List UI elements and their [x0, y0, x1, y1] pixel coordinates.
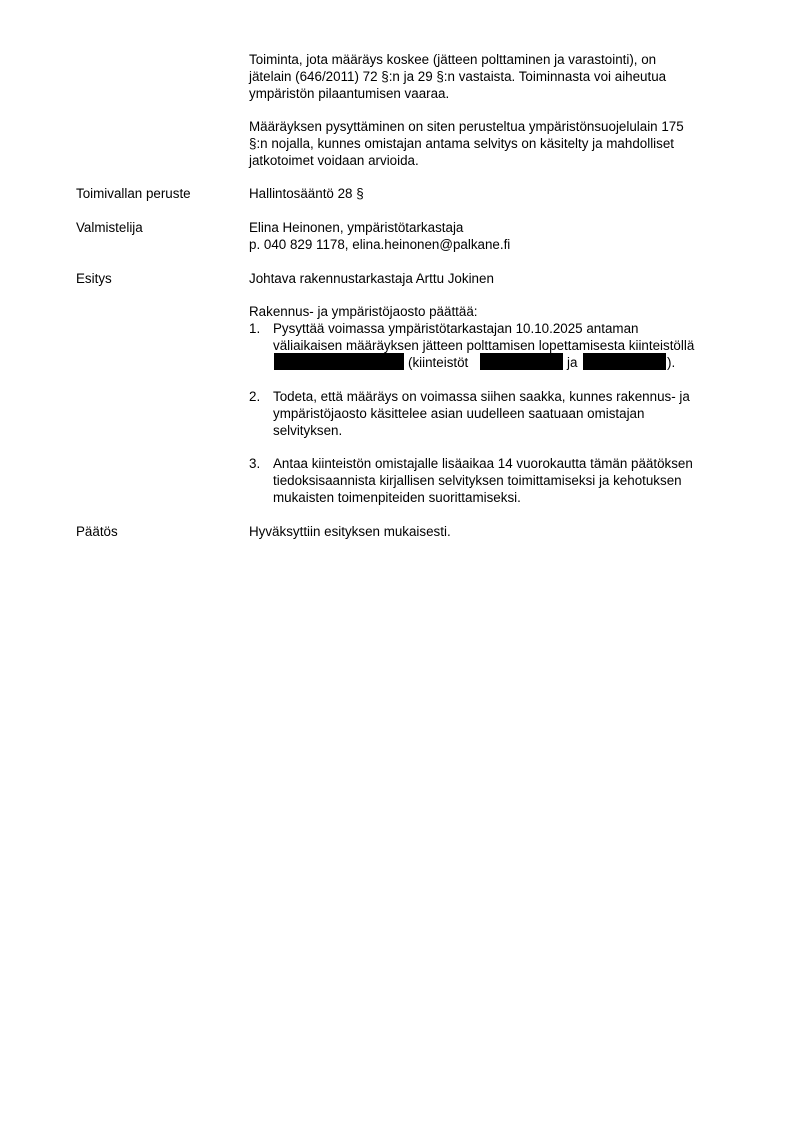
list-number: 1.	[249, 320, 260, 337]
field-label-valmistelija: Valmistelija	[76, 219, 143, 236]
intro-text: ympäristön pilaantumisen vaaraa.	[249, 85, 449, 102]
list-item-text: ympäristöjaosto käsittelee asian uudelle…	[273, 405, 644, 422]
field-value-valmistelija-contact: p. 040 829 1178, elina.heinonen@palkane.…	[249, 236, 510, 253]
field-value-paatos: Hyväksyttiin esityksen mukaisesti.	[249, 523, 451, 540]
intro-text: §:n nojalla, kunnes omistajan antama sel…	[249, 135, 674, 152]
list-item-text: selvityksen.	[273, 422, 342, 439]
field-value-valmistelija: Elina Heinonen, ympäristötarkastaja	[249, 219, 463, 236]
list-item-text: ja	[567, 354, 577, 371]
esitys-lead: Rakennus- ja ympäristöjaosto päättää:	[249, 303, 478, 320]
intro-text: jatkotoimet voidaan arvioida.	[249, 152, 419, 169]
list-item-text: Antaa kiinteistön omistajalle lisäaikaa …	[273, 455, 693, 472]
list-item-text: tiedoksisaannista kirjallisen selvitykse…	[273, 472, 682, 489]
intro-text: jätelain (646/2011) 72 §:n ja 29 §:n vas…	[249, 68, 666, 85]
field-label-toimivalta: Toimivallan peruste	[76, 185, 191, 202]
redaction-box	[480, 353, 563, 370]
list-number: 2.	[249, 388, 260, 405]
list-item-text: väliaikaisen määräyksen jätteen polttami…	[273, 337, 694, 354]
redaction-box	[274, 353, 404, 370]
intro-text: Toiminta, jota määräys koskee (jätteen p…	[249, 51, 656, 68]
redaction-box	[583, 353, 666, 370]
field-value-esitys: Johtava rakennustarkastaja Arttu Jokinen	[249, 270, 494, 287]
list-item-text: (kiinteistöt	[408, 354, 468, 371]
field-label-paatos: Päätös	[76, 523, 118, 540]
list-number: 3.	[249, 455, 260, 472]
list-item-text: Todeta, että määräys on voimassa siihen …	[273, 388, 690, 405]
field-label-esitys: Esitys	[76, 270, 112, 287]
list-item-text: mukaisten toimenpiteiden suorittamiseksi…	[273, 489, 521, 506]
intro-text: Määräyksen pysyttäminen on siten peruste…	[249, 118, 684, 135]
list-item-text: ).	[667, 354, 675, 371]
field-value-toimivalta: Hallintosääntö 28 §	[249, 185, 364, 202]
list-item-text: Pysyttää voimassa ympäristötarkastajan 1…	[273, 320, 638, 337]
